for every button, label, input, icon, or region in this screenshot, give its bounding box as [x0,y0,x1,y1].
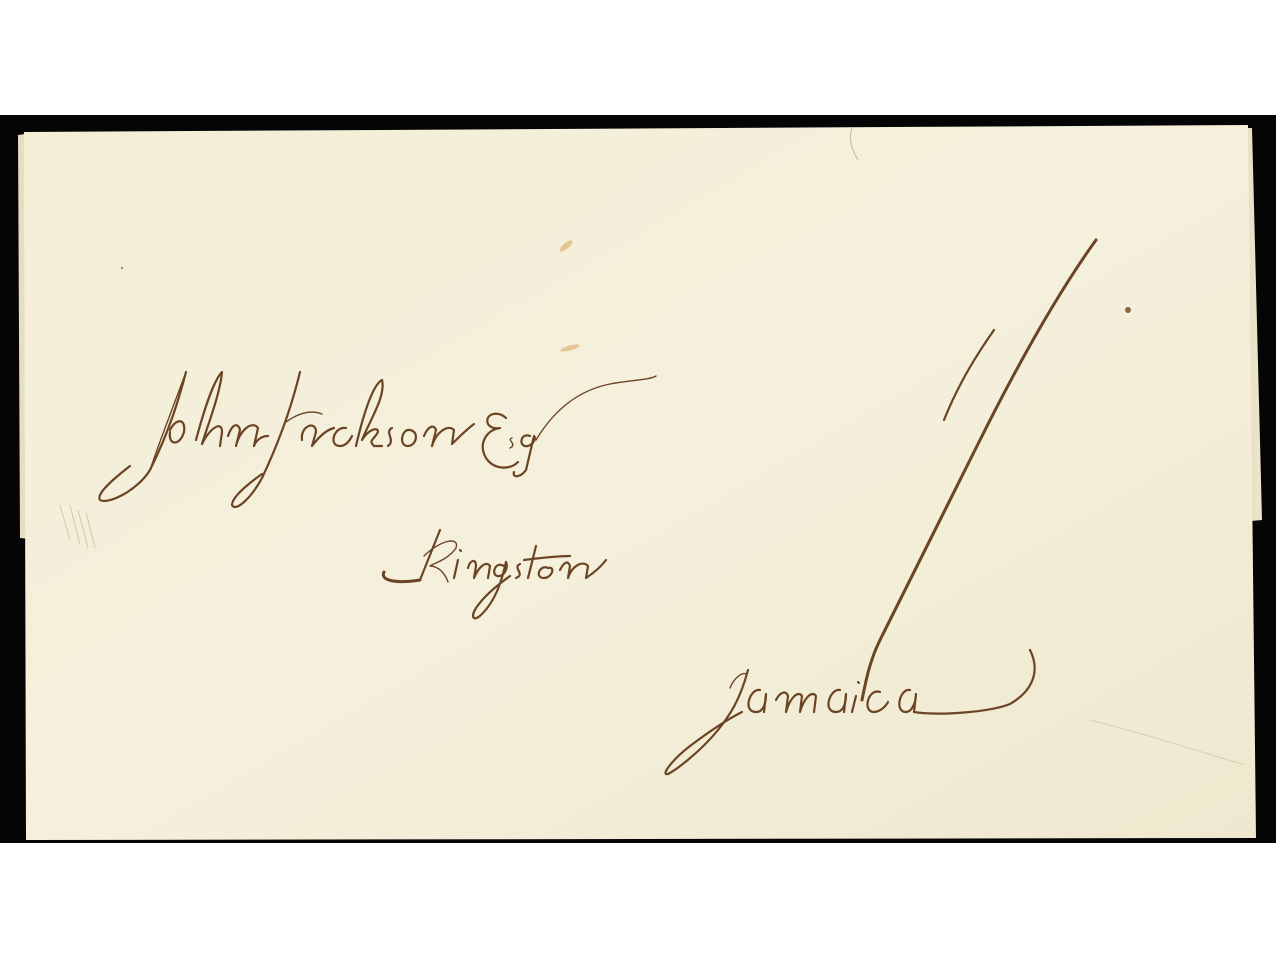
letter-photo [0,0,1276,956]
paper-sheet [24,125,1256,840]
